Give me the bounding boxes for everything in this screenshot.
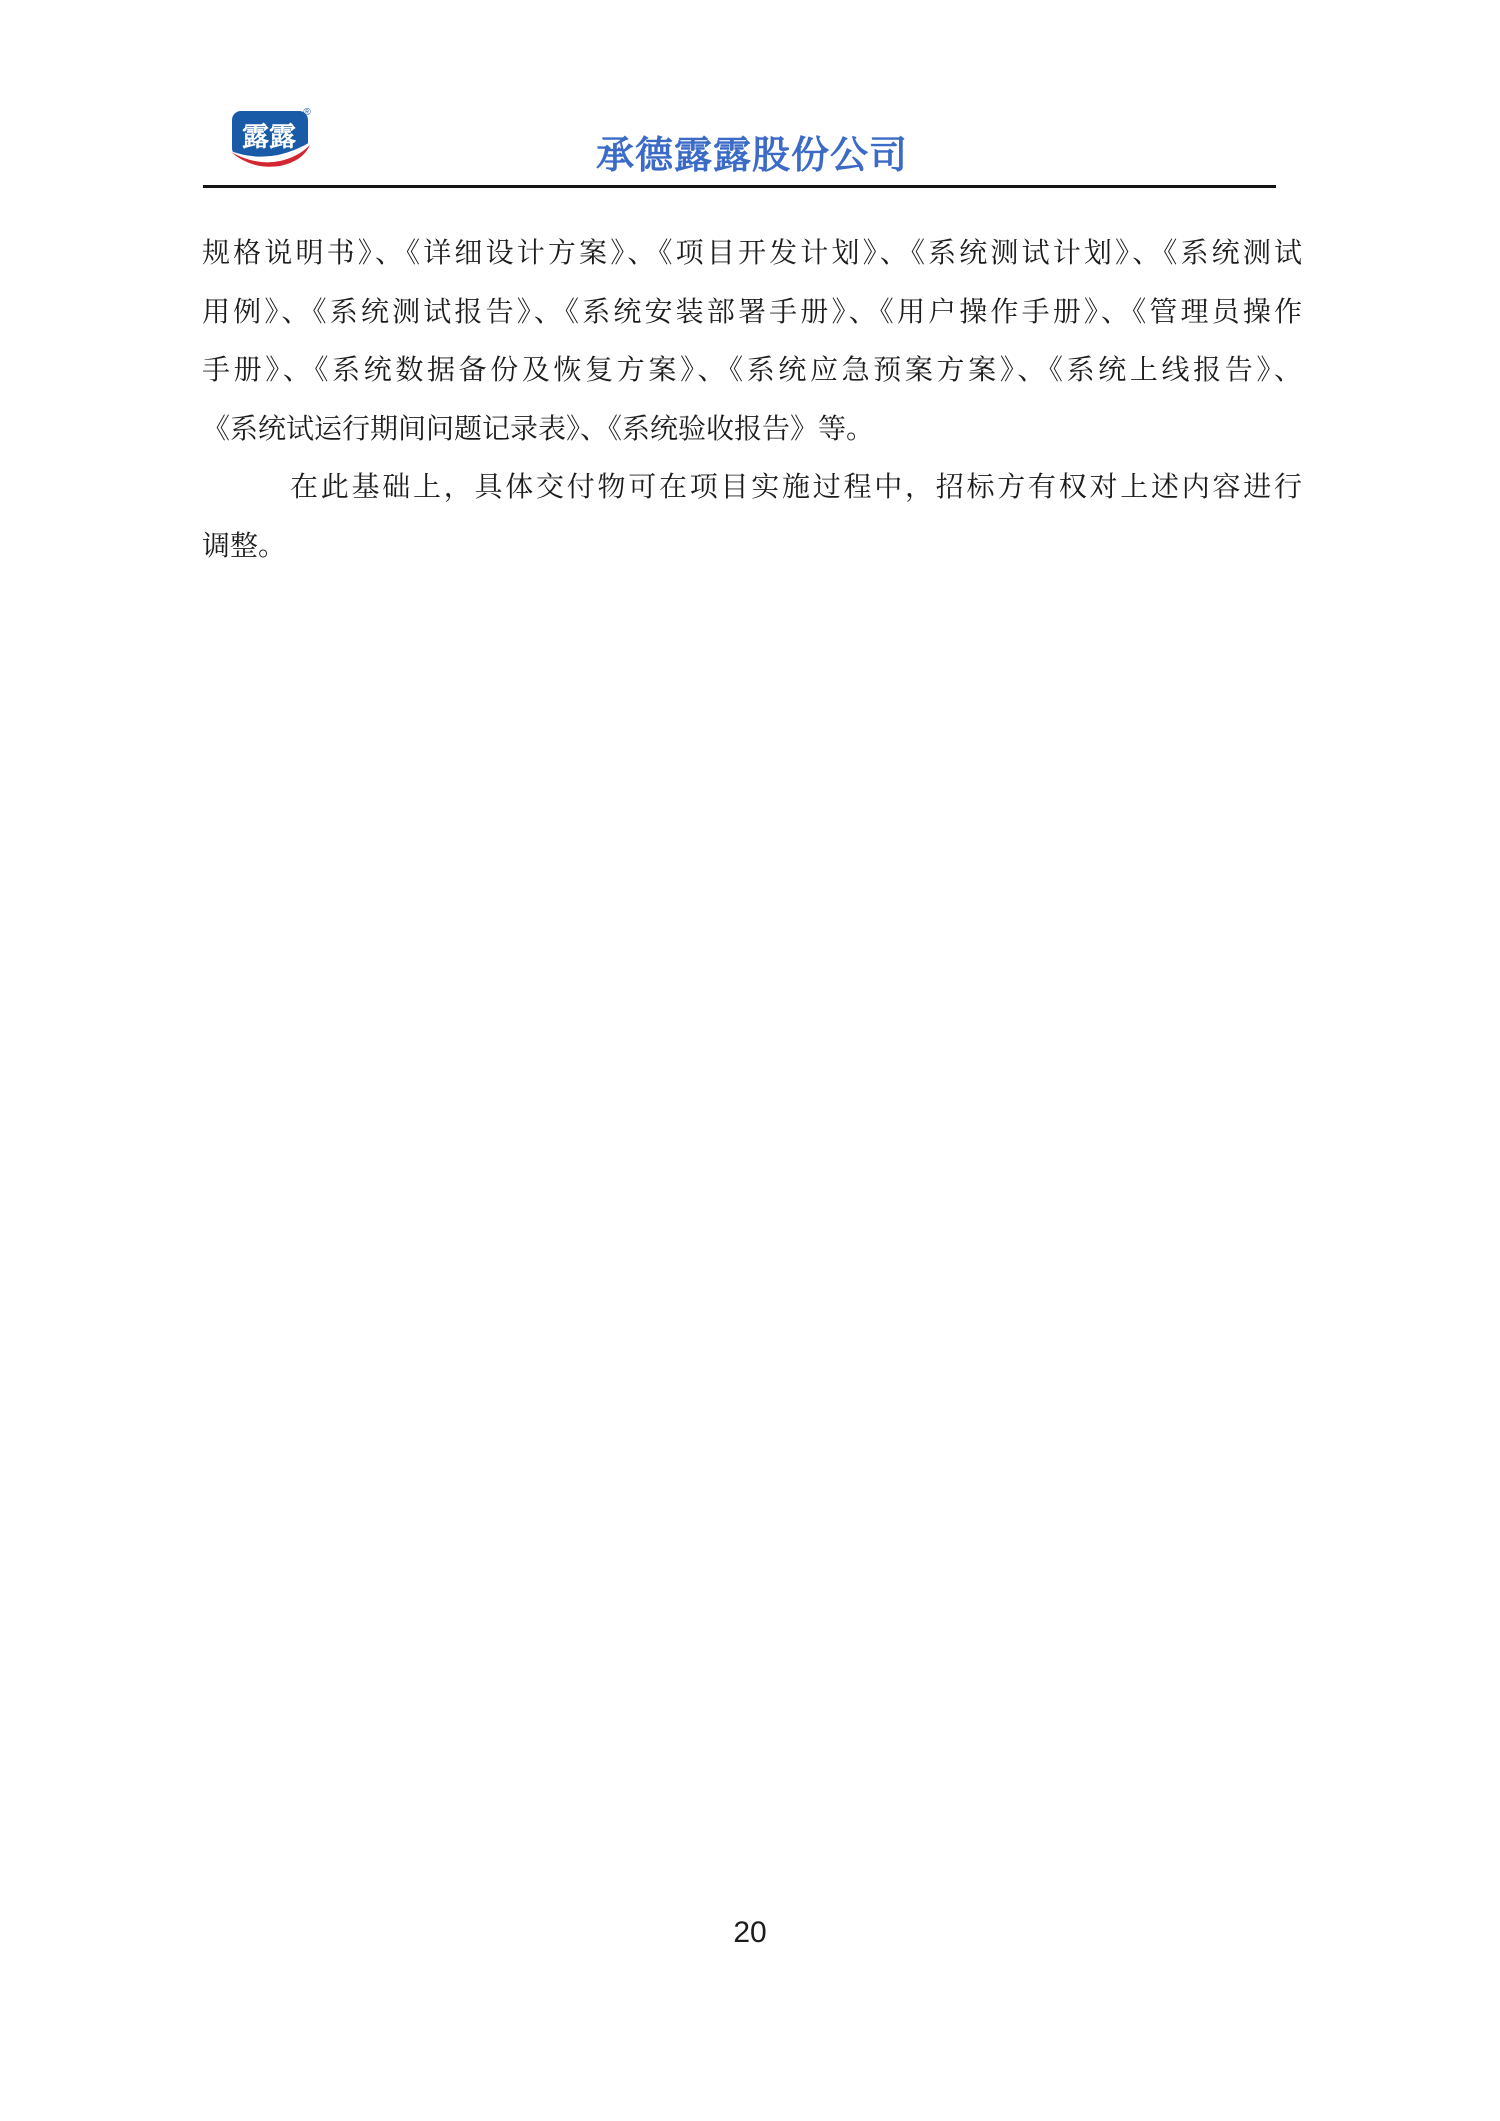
document-page: 露露 ® 承德露露股份公司 规格说明书》、《详细设计方案》、《项目开发计划》、《…: [0, 0, 1500, 2121]
registered-trademark-icon: ®: [303, 107, 311, 118]
paragraph-deliverables: 规格说明书》、《详细设计方案》、《项目开发计划》、《系统测试计划》、《系统测试 …: [202, 225, 1302, 459]
body-text-line: 用例》、《系统测试报告》、《系统安装部署手册》、《用户操作手册》、《管理员操作: [202, 284, 1302, 343]
document-body: 规格说明书》、《详细设计方案》、《项目开发计划》、《系统测试计划》、《系统测试 …: [202, 225, 1302, 576]
page-number: 20: [733, 1916, 766, 1949]
body-text-line: 手册》、《系统数据备份及恢复方案》、《系统应急预案方案》、《系统上线报告》、: [202, 342, 1302, 401]
page-footer: 20: [0, 1916, 1500, 1950]
body-text-line: 调整。: [202, 518, 1302, 577]
body-text-line: 规格说明书》、《详细设计方案》、《项目开发计划》、《系统测试计划》、《系统测试: [202, 225, 1302, 284]
body-text-line: 在此基础上，具体交付物可在项目实施过程中，招标方有权对上述内容进行: [202, 459, 1302, 518]
company-name-title: 承德露露股份公司: [202, 134, 1302, 178]
paragraph-adjustment-note: 在此基础上，具体交付物可在项目实施过程中，招标方有权对上述内容进行 调整。: [202, 459, 1302, 576]
body-text-line: 《系统试运行期间问题记录表》、《系统验收报告》等。: [202, 401, 1302, 460]
header-divider-line: [203, 185, 1276, 188]
